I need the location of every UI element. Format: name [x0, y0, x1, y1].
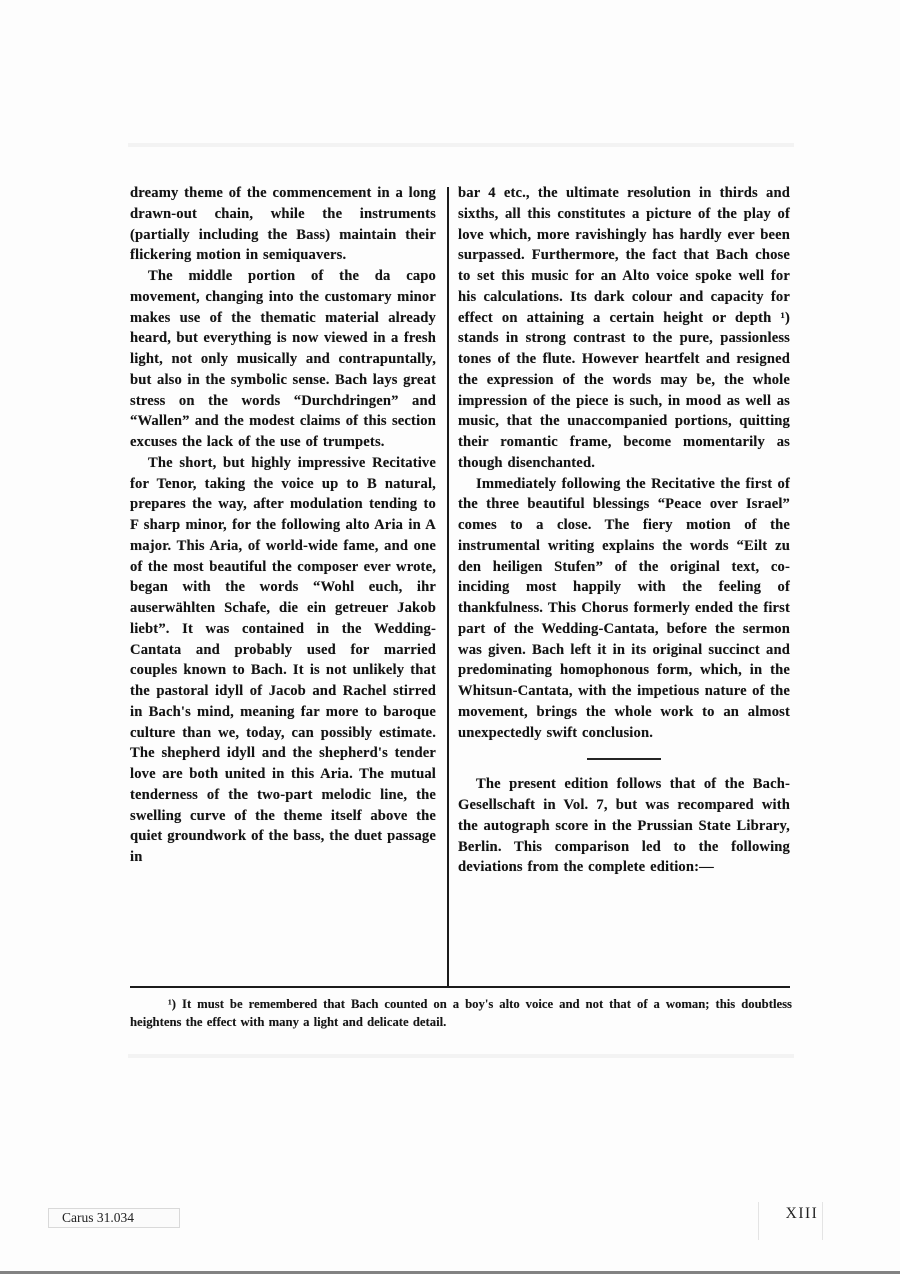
- catalog-number-box: Carus 31.034: [48, 1208, 180, 1228]
- catalog-number: Carus 31.034: [49, 1209, 179, 1227]
- scan-artifact-line-bottom: [128, 1054, 794, 1058]
- text-column-right: bar 4 etc., the ultimate resolution in t…: [458, 183, 790, 878]
- scan-artifact-line-top: [128, 143, 794, 147]
- column-divider-rule: [447, 187, 449, 986]
- scan-artifact-tick-left: [758, 1202, 759, 1240]
- footnote-separator-rule: [130, 986, 790, 988]
- section-separator-rule: [587, 758, 661, 760]
- paragraph: dreamy theme of the commencement in a lo…: [130, 183, 436, 266]
- paragraph: bar 4 etc., the ultimate resolution in t…: [458, 183, 790, 474]
- paragraph: The middle portion of the da capo moveme…: [130, 266, 436, 453]
- scanned-document-page: dreamy theme of the commencement in a lo…: [0, 0, 900, 1274]
- paragraph: The short, but highly impressive Recitat…: [130, 453, 436, 868]
- footnote-text: ¹) It must be remembered that Bach count…: [130, 996, 792, 1031]
- paragraph: The present edition follows that of the …: [458, 774, 790, 878]
- paragraph: Immediately following the Recitative the…: [458, 474, 790, 744]
- page-number: XIII: [770, 1205, 834, 1223]
- text-column-left: dreamy theme of the commencement in a lo…: [130, 183, 436, 868]
